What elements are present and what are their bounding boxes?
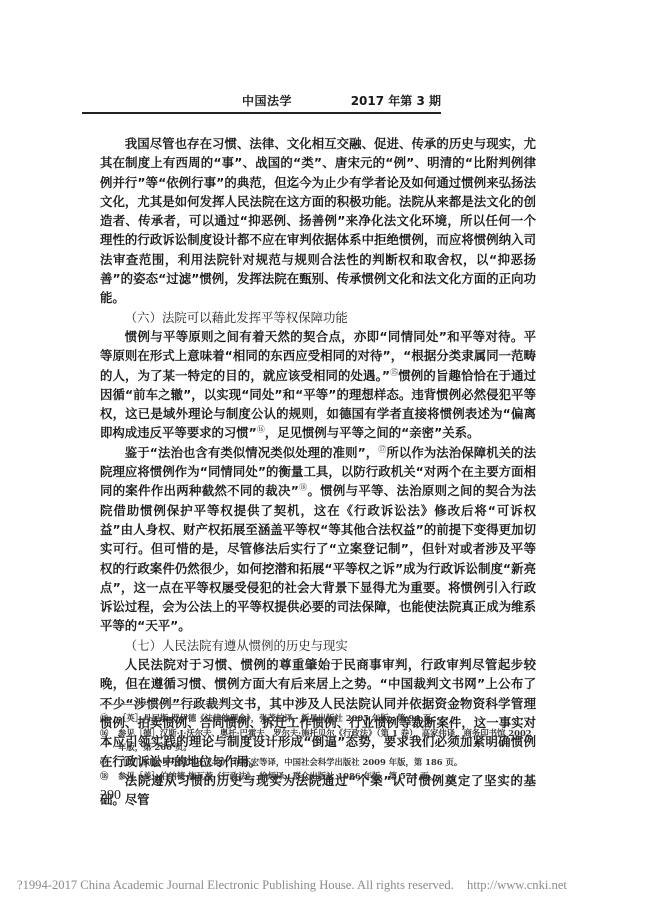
footnote-mark: ⑮ bbox=[100, 711, 118, 726]
footnote-17: ⑰ ［美］约翰·罗尔斯《正义论》，何怀宏等译，中国社会科学出版社 2009 年版… bbox=[100, 755, 540, 770]
header-rule bbox=[82, 112, 441, 114]
footnote-15: ⑮ ［英］丹尼斯·罗伊德《法律的理念》，张茂柏译，新星出版社 2005 年版，第… bbox=[100, 711, 540, 726]
footnote-divider bbox=[100, 704, 242, 705]
footnotes: ⑮ ［英］丹尼斯·罗伊德《法律的理念》，张茂柏译，新星出版社 2005 年版，第… bbox=[100, 711, 540, 784]
footnote-text: 参见［德］汉斯·J·沃尔夫、奥托·巴霍夫、罗尔夫·施托贝尔《行政法》（第 1 卷… bbox=[118, 726, 540, 755]
issue-label: 2017 年第 3 期 bbox=[351, 92, 441, 109]
paragraph-text: ，足见惯例与平等之间的“亲密”关系。 bbox=[265, 425, 480, 440]
footnote-mark: ⑰ bbox=[100, 755, 118, 770]
paragraph: 惯例与平等原则之间有着天然的契合点，亦即“同情同处”和平等对待。平等原则在形式上… bbox=[100, 327, 536, 443]
copyright-text: ?1994-2017 China Academic Journal Electr… bbox=[17, 878, 454, 892]
footnote-ref[interactable]: ⑯ bbox=[257, 425, 265, 434]
paragraph-text: 鉴于“法治也含有类似情况类似处理的准则”， bbox=[125, 445, 379, 460]
cnki-url[interactable]: http://www.cnki.net bbox=[467, 878, 567, 892]
footnote-ref[interactable]: ⑱ bbox=[299, 483, 308, 492]
copyright-footer: ?1994-2017 China Academic Journal Electr… bbox=[17, 878, 567, 893]
page-number: 290 bbox=[100, 788, 121, 804]
section-heading-6: （六）法院可以藉此发挥平等权保障功能 bbox=[100, 308, 536, 327]
footnote-mark: ⑯ bbox=[100, 726, 118, 755]
article-body: 我国尽管也存在习惯、法律、文化相互交融、促进、传承的历史与现实，尤其在制度上有西… bbox=[100, 134, 536, 809]
footnote-16: ⑯ 参见［德］汉斯·J·沃尔夫、奥托·巴霍夫、罗尔夫·施托贝尔《行政法》（第 1… bbox=[100, 726, 540, 755]
paragraph-text: 。惯例与平等、法治原则之间的契合为法院借助惯例保护平等权提供了契机，这在《行政诉… bbox=[100, 483, 536, 633]
paragraph: 鉴于“法治也含有类似情况类似处理的准则”，⑰所以作为法治保障机关的法院理应将惯例… bbox=[100, 443, 536, 636]
footnote-text: 参见［美］伯纳德·施瓦茨《行政法》，徐炳译，群众出版社 1986 年版，第 57… bbox=[118, 769, 540, 784]
footnote-18: ⑱ 参见［美］伯纳德·施瓦茨《行政法》，徐炳译，群众出版社 1986 年版，第 … bbox=[100, 769, 540, 784]
section-heading-7: （七）人民法院有遵从惯例的历史与现实 bbox=[100, 636, 536, 655]
footnote-text: ［美］约翰·罗尔斯《正义论》，何怀宏等译，中国社会科学出版社 2009 年版，第… bbox=[118, 755, 540, 770]
journal-title: 中国法学 bbox=[242, 92, 292, 109]
paragraph: 我国尽管也存在习惯、法律、文化相互交融、促进、传承的历史与现实，尤其在制度上有西… bbox=[100, 134, 536, 308]
footnote-mark: ⑱ bbox=[100, 769, 118, 784]
footnote-text: ［英］丹尼斯·罗伊德《法律的理念》，张茂柏译，新星出版社 2005 年版，第 9… bbox=[118, 711, 540, 726]
